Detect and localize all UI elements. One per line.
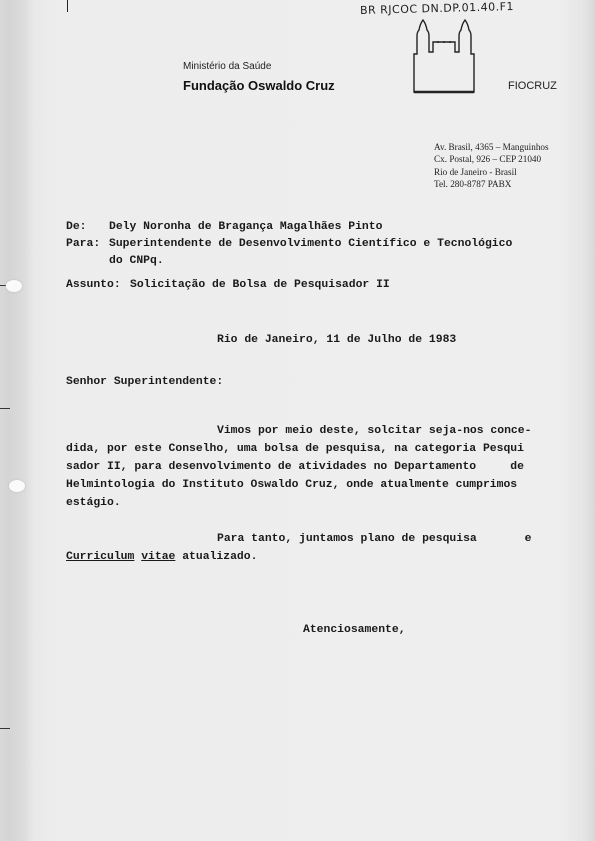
body-line: Vimos por meio deste, solcitar seja-nos … (217, 425, 531, 437)
address-line: Cx. Postal, 926 – CEP 21040 (434, 153, 549, 165)
date-line: Rio de Janeiro, 11 de Julho de 1983 (217, 334, 456, 346)
brand-name: FIOCRUZ (508, 80, 557, 92)
from-label: De: (66, 221, 87, 233)
foundation-name: Fundação Oswaldo Cruz (183, 78, 335, 93)
edge-mark (0, 408, 10, 409)
to-label: Para: (66, 238, 100, 250)
address-line: Tel. 280-8787 PABX (434, 178, 549, 190)
address-line: Rio de Janeiro - Brasil (434, 166, 549, 178)
closing: Atenciosamente, (303, 624, 406, 636)
ministry-name: Ministério da Saúde (183, 61, 271, 72)
fiocruz-castle-icon (408, 14, 478, 94)
subject-label: Assunto: (66, 279, 121, 291)
letter-page: BR RJCOC DN.DP.01.40.F1 Ministério da Sa… (0, 0, 595, 841)
body-text: atualizado. (175, 551, 257, 563)
body-line: Para tanto, juntamos plano de pesquisa e (217, 533, 531, 545)
crop-mark (67, 0, 68, 12)
underlined-term: vitae (141, 551, 175, 563)
salutation: Senhor Superintendente: (66, 376, 223, 388)
edge-mark (0, 728, 10, 729)
to-value-continued: do CNPq. (109, 255, 164, 267)
body-line: sador II, para desenvolvimento de ativid… (66, 461, 524, 473)
underlined-term: Curriculum (66, 551, 134, 563)
body-line: dida, por este Conselho, uma bolsa de pe… (66, 443, 524, 455)
address-line: Av. Brasil, 4365 – Manguinhos (434, 141, 549, 153)
subject-value: Solicitação de Bolsa de Pesquisador II (130, 279, 390, 291)
address-block: Av. Brasil, 4365 – Manguinhos Cx. Postal… (434, 141, 549, 190)
body-line: Curriculum vitae atualizado. (66, 551, 257, 563)
body-line: estágio. (66, 497, 121, 509)
punch-hole (6, 280, 22, 292)
to-value: Superintendente de Desenvolvimento Cient… (109, 238, 512, 250)
punch-hole (9, 480, 25, 492)
from-value: Dely Noronha de Bragança Magalhães Pinto (109, 221, 382, 233)
body-line: Helmintologia do Instituto Oswaldo Cruz,… (66, 479, 517, 491)
